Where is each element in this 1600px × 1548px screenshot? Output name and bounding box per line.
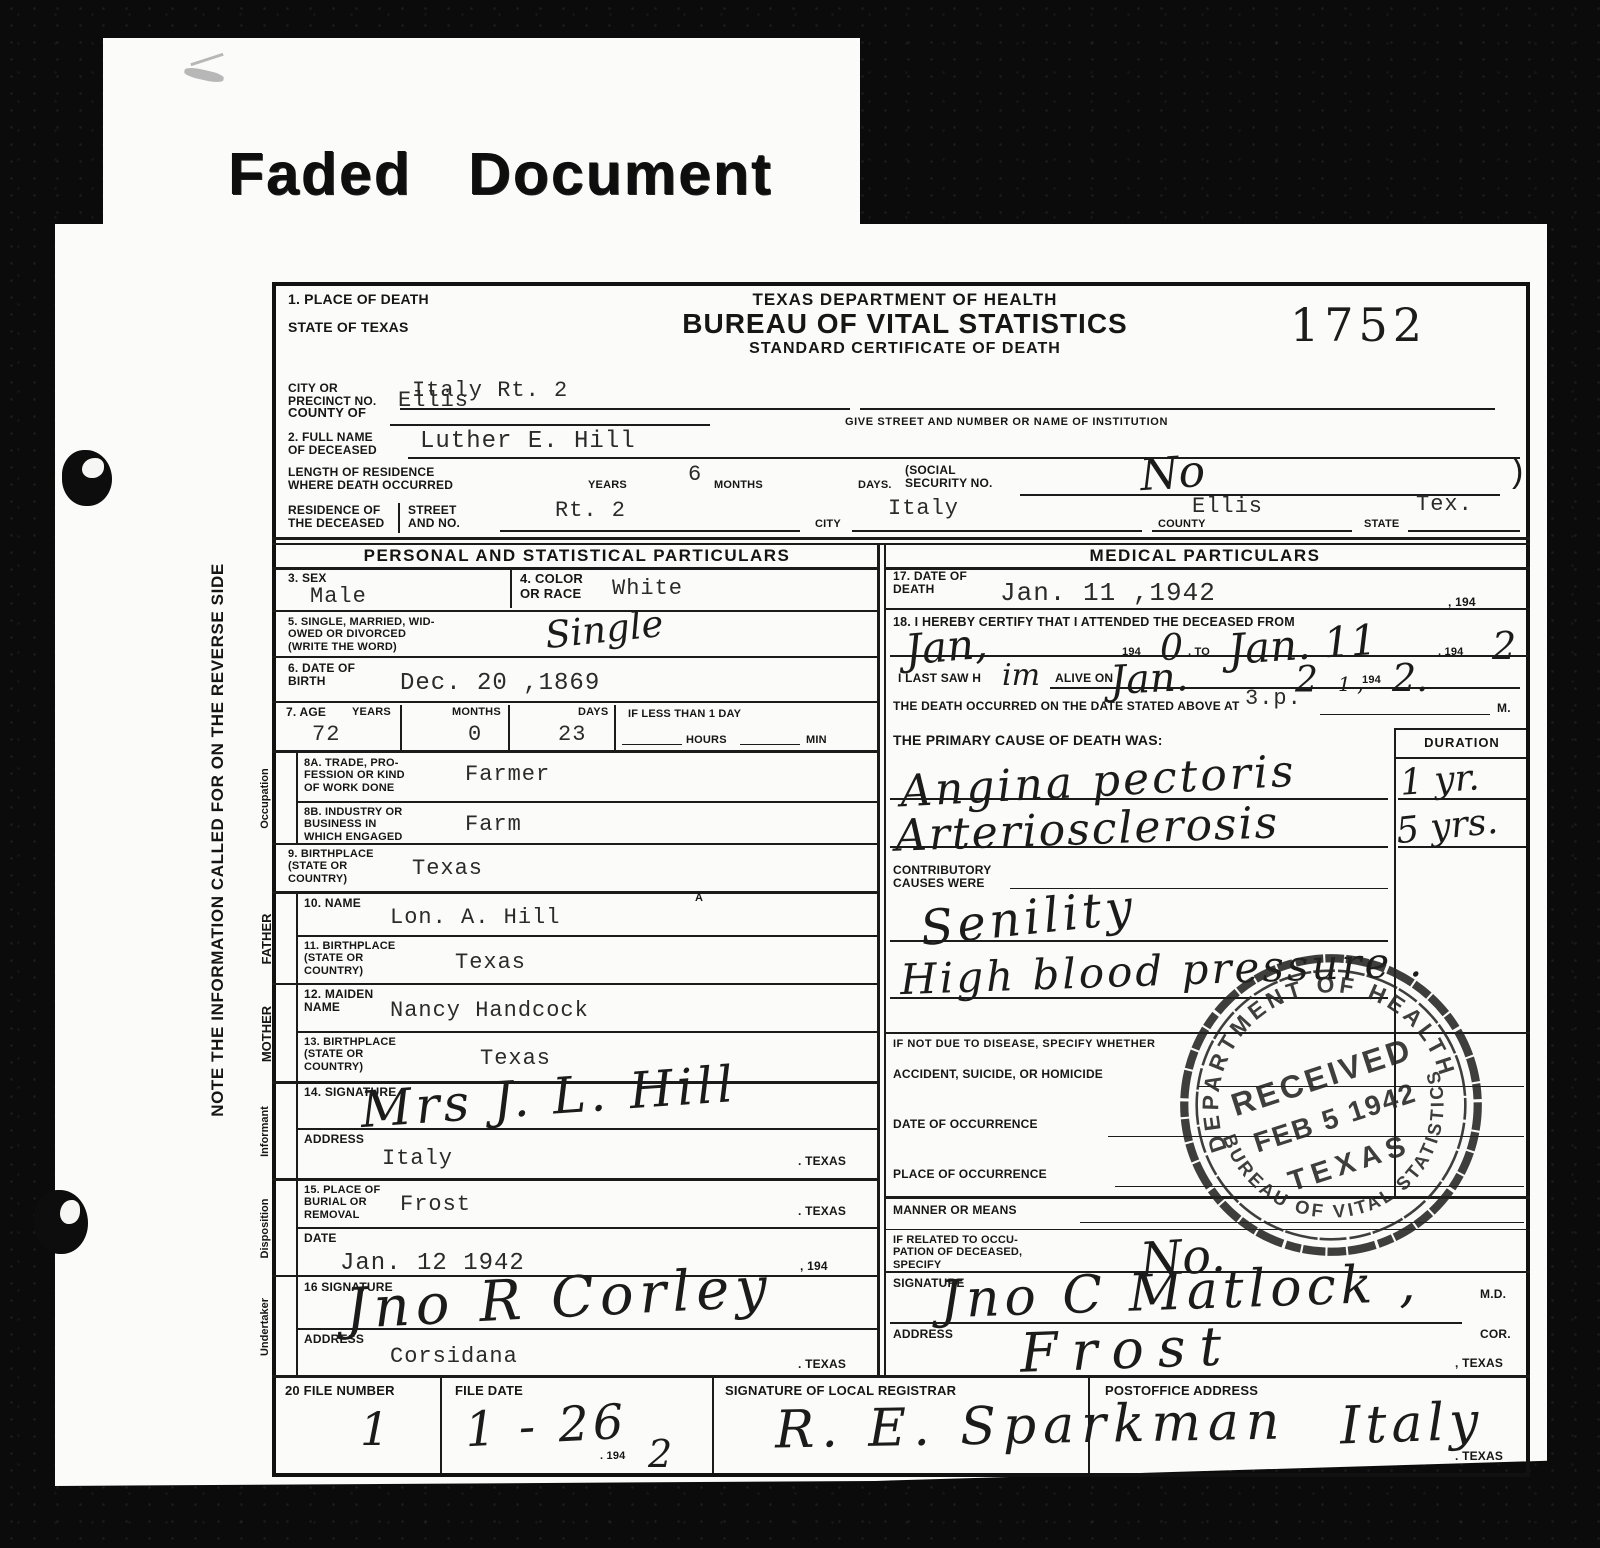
father-name-label: 10. NAME xyxy=(304,897,361,910)
row-rule xyxy=(296,935,880,937)
side-strip-divider xyxy=(296,893,298,1377)
file-number-label: 20 FILE NUMBER xyxy=(285,1384,395,1399)
min-line xyxy=(740,744,800,745)
bottom-divider xyxy=(712,1378,714,1473)
column-divider-inner xyxy=(884,543,886,1377)
undertaker-side-label: Undertaker xyxy=(259,1277,277,1377)
hours-label: HOURS xyxy=(686,734,727,746)
right-column-header: MEDICAL PARTICULARS xyxy=(905,546,1505,566)
sex-value: Male xyxy=(310,584,367,609)
years-label: YEARS xyxy=(588,479,627,491)
county2-value: Ellis xyxy=(1192,494,1263,519)
hole-paper-chip xyxy=(82,458,104,478)
column-divider xyxy=(877,543,880,1377)
row-rule xyxy=(272,656,880,658)
stray-mark: A xyxy=(695,892,703,904)
file-date-handwritten: 1 - 26 xyxy=(464,1394,629,1458)
bottom-divider xyxy=(440,1378,442,1473)
county2-label: COUNTY xyxy=(1158,518,1206,530)
m-label: M. xyxy=(1497,702,1511,715)
physician-address-texas: , TEXAS xyxy=(1455,1357,1503,1370)
banner-title: Faded Document xyxy=(228,140,773,208)
occ8b-label: 8B. INDUSTRY OR BUSINESS IN WHICH ENGAGE… xyxy=(304,806,403,843)
burial-texas: . TEXAS xyxy=(798,1205,846,1218)
burial-label: 15. PLACE OF BURIAL OR REMOVAL xyxy=(304,1184,380,1221)
informant-side-label: Informant xyxy=(259,1083,277,1180)
dept-line3: STANDARD CERTIFICATE OF DEATH xyxy=(700,340,1110,358)
scanned-death-certificate: Faded Document NOTE THE INFORMATION CALL… xyxy=(0,0,1600,1548)
ssn-close-paren: ) xyxy=(1512,452,1523,491)
occupation-side-label: Occupation xyxy=(259,752,277,845)
date-of-death-label: 17. DATE OF DEATH xyxy=(893,570,967,597)
row-rule xyxy=(272,701,880,703)
accident-label: ACCIDENT, SUICIDE, OR HOMICIDE xyxy=(893,1068,1103,1081)
state-label: STATE xyxy=(1364,518,1399,530)
marital-label: 5. SINGLE, MARRIED, WID- OWED OR DIVORCE… xyxy=(288,616,435,653)
city-value: Italy xyxy=(888,496,959,521)
state-value: Tex. xyxy=(1416,492,1473,517)
cause2-underline xyxy=(890,846,1388,848)
row-rule xyxy=(885,608,1530,610)
death-time-value: 3.p. xyxy=(1245,686,1302,711)
manner-label: MANNER OR MEANS xyxy=(893,1204,1017,1217)
undertaker-address-texas: . TEXAS xyxy=(798,1358,846,1371)
age-label: 7. AGE xyxy=(286,706,326,719)
contributory-label: CONTRIBUTORY CAUSES WERE xyxy=(893,864,991,891)
him-handwritten: im xyxy=(1002,658,1040,693)
state-of-texas-label: STATE OF TEXAS xyxy=(288,320,409,336)
postoffice-handwritten: Italy xyxy=(1339,1392,1484,1457)
ssn-label: (SOCIAL SECURITY NO. xyxy=(905,464,993,491)
burial-date-194: , 194 xyxy=(800,1260,828,1273)
city-precinct-label: CITY OR PRECINCT NO. xyxy=(288,382,376,409)
length-residence-label: LENGTH OF RESIDENCE WHERE DEATH OCCURRED xyxy=(288,466,453,493)
county-underline xyxy=(390,424,710,426)
place-of-death-label: 1. PLACE OF DEATH xyxy=(288,292,429,308)
dob-label: 6. DATE OF BIRTH xyxy=(288,662,355,689)
last-saw-label: I LAST SAW H xyxy=(898,672,981,685)
undertaker-address-value: Corsidana xyxy=(390,1344,518,1369)
primary-cause-label: THE PRIMARY CAUSE OF DEATH WAS: xyxy=(893,733,1163,749)
burial-value: Frost xyxy=(400,1192,471,1217)
hole-paper-chip xyxy=(60,1200,80,1224)
residence-divider xyxy=(398,503,400,533)
cause1-underline xyxy=(890,798,1388,800)
punch-hole xyxy=(34,1190,88,1254)
row-rule xyxy=(296,801,880,803)
dob-value: Dec. 20 ,1869 xyxy=(400,670,600,697)
side-strip-divider xyxy=(296,752,298,845)
city-precinct-value: Italy Rt. 2 xyxy=(412,378,568,403)
age-months-label: MONTHS xyxy=(452,706,501,718)
county2-underline xyxy=(1152,530,1352,532)
age-days-value: 23 xyxy=(558,722,586,747)
ssn-value-handwritten: No xyxy=(1138,446,1206,501)
row-rule xyxy=(272,843,880,845)
informant-address-value: Italy xyxy=(382,1146,453,1171)
lastsaw-year-digit: 2. xyxy=(1392,656,1428,700)
burial-date-label: DATE xyxy=(304,1232,337,1245)
right-header-underline xyxy=(885,567,1530,570)
registrar-label: SIGNATURE OF LOCAL REGISTRAR xyxy=(725,1384,956,1399)
color-race-value: White xyxy=(612,576,683,601)
age-years-value: 72 xyxy=(312,722,340,747)
duration-label: DURATION xyxy=(1398,736,1526,751)
hours-line xyxy=(622,744,682,745)
date-of-death-value: Jan. 11 ,1942 xyxy=(1000,578,1216,608)
min-label: MIN xyxy=(806,734,827,746)
cor-label: COR. xyxy=(1480,1328,1511,1341)
state-underline xyxy=(1408,530,1520,532)
registrar-signature: R. E. Sparkman xyxy=(775,1392,1287,1461)
section-rule xyxy=(272,750,880,753)
mother-bp-value: Texas xyxy=(480,1046,551,1071)
file-date-label: FILE DATE xyxy=(455,1384,523,1399)
bp9-label: 9. BIRTHPLACE (STATE OR COUNTRY) xyxy=(288,848,374,885)
age-days-label: DAYS xyxy=(578,706,608,718)
file-date-year-digit: 2 xyxy=(648,1432,672,1476)
section-rule xyxy=(272,891,880,894)
last-saw-stray: 1 , xyxy=(1338,672,1363,696)
occ8a-label: 8A. TRADE, PRO- FESSION OR KIND OF WORK … xyxy=(304,757,405,794)
street-and-no-label: STREET AND NO. xyxy=(408,504,460,531)
days-label: DAYS. xyxy=(858,479,892,491)
duration1-handwritten: 1 yr. xyxy=(1399,757,1481,803)
father-side-label: FATHER xyxy=(259,893,277,985)
row-rule xyxy=(272,983,880,985)
file-date-194: . 194 xyxy=(600,1450,625,1462)
duration1-underline xyxy=(1398,798,1526,800)
row-rule xyxy=(296,1227,880,1229)
physician-address-handwritten: Frost xyxy=(1019,1314,1236,1384)
city-label: CITY xyxy=(815,518,841,530)
street-value: Rt. 2 xyxy=(555,498,626,523)
related-label: IF RELATED TO OCCU- PATION OF DECEASED, … xyxy=(893,1234,1022,1271)
left-header-underline xyxy=(272,567,880,570)
duration2-underline xyxy=(1398,846,1526,848)
section-rule xyxy=(272,1178,880,1181)
bottom-row-top-border xyxy=(272,1375,1530,1378)
full-name-value: Luther E. Hill xyxy=(420,428,636,455)
bp9-value: Texas xyxy=(412,856,483,881)
attended-from-handwritten: Jan, xyxy=(903,619,989,675)
father-name-value: Lon. A. Hill xyxy=(390,905,560,930)
death-occurred-label: THE DEATH OCCURRED ON THE DATE STATED AB… xyxy=(893,700,1240,713)
ifnot-label: IF NOT DUE TO DISEASE, SPECIFY WHETHER xyxy=(893,1038,1155,1050)
mother-bp-label: 13. BIRTHPLACE (STATE OR COUNTRY) xyxy=(304,1036,396,1073)
last-saw-date-handwritten: Jan. xyxy=(1109,654,1190,704)
occ8b-value: Farm xyxy=(465,812,522,837)
months-label: MONTHS xyxy=(714,479,763,491)
punch-hole xyxy=(62,450,112,506)
sex-color-divider xyxy=(510,570,512,608)
father-bp-label: 11. BIRTHPLACE (STATE OR COUNTRY) xyxy=(304,940,395,977)
city-underline xyxy=(400,408,850,410)
age-divider xyxy=(508,705,510,751)
informant-address-label: ADDRESS xyxy=(304,1133,364,1146)
color-race-label: 4. COLOR OR RACE xyxy=(520,572,583,601)
age-years-label: YEARS xyxy=(352,706,391,718)
age-months-value: 0 xyxy=(468,722,482,747)
alive-on-label: ALIVE ON xyxy=(1055,672,1113,685)
section-rule xyxy=(272,537,1530,540)
street-note: GIVE STREET AND NUMBER OR NAME OF INSTIT… xyxy=(845,416,1168,428)
months-value: 6 xyxy=(688,462,702,487)
informant-address-texas: . TEXAS xyxy=(798,1155,846,1168)
date-occurrence-label: DATE OF OCCURRENCE xyxy=(893,1118,1038,1131)
md-label: M.D. xyxy=(1480,1288,1506,1301)
full-name-label: 2. FULL NAME OF DECEASED xyxy=(288,431,377,458)
if-less-label: IF LESS THAN 1 DAY xyxy=(628,708,741,720)
age-divider xyxy=(400,705,402,751)
age-divider xyxy=(614,705,616,751)
lastsaw-194: 194 xyxy=(1362,674,1381,686)
maiden-name-label: 12. MAIDEN NAME xyxy=(304,988,373,1015)
dept-line1: TEXAS DEPARTMENT OF HEALTH xyxy=(700,290,1110,309)
disposition-side-label: Disposition xyxy=(259,1180,277,1277)
row-rule xyxy=(890,655,1528,657)
to-year-digit: 2 xyxy=(1492,624,1516,668)
full-name-underline xyxy=(408,457,1520,459)
place-occurrence-label: PLACE OF OCCURRENCE xyxy=(893,1168,1047,1181)
street-underline xyxy=(500,530,800,532)
section-rule xyxy=(272,543,1530,545)
file-number-handwritten: 1 xyxy=(360,1402,389,1456)
father-bp-value: Texas xyxy=(455,950,526,975)
at-line xyxy=(1320,714,1490,715)
residence-label: RESIDENCE OF THE DECEASED xyxy=(288,504,384,531)
certificate-number: 1752 xyxy=(1290,298,1427,352)
maiden-name-value: Nancy Handcock xyxy=(390,998,589,1023)
margin-note: NOTE THE INFORMATION CALLED FOR ON THE R… xyxy=(208,490,226,1190)
city-value-underline xyxy=(852,530,1142,532)
mother-side-label: MOTHER xyxy=(259,985,277,1083)
dept-line2: BUREAU OF VITAL STATISTICS xyxy=(650,308,1160,339)
occ8a-value: Farmer xyxy=(465,762,550,787)
left-column-header: PERSONAL AND STATISTICAL PARTICULARS xyxy=(292,546,862,566)
duration-box-top xyxy=(1394,728,1526,730)
row-rule xyxy=(296,1031,880,1033)
city-underline-right xyxy=(860,408,1495,410)
row-rule xyxy=(296,1128,880,1130)
